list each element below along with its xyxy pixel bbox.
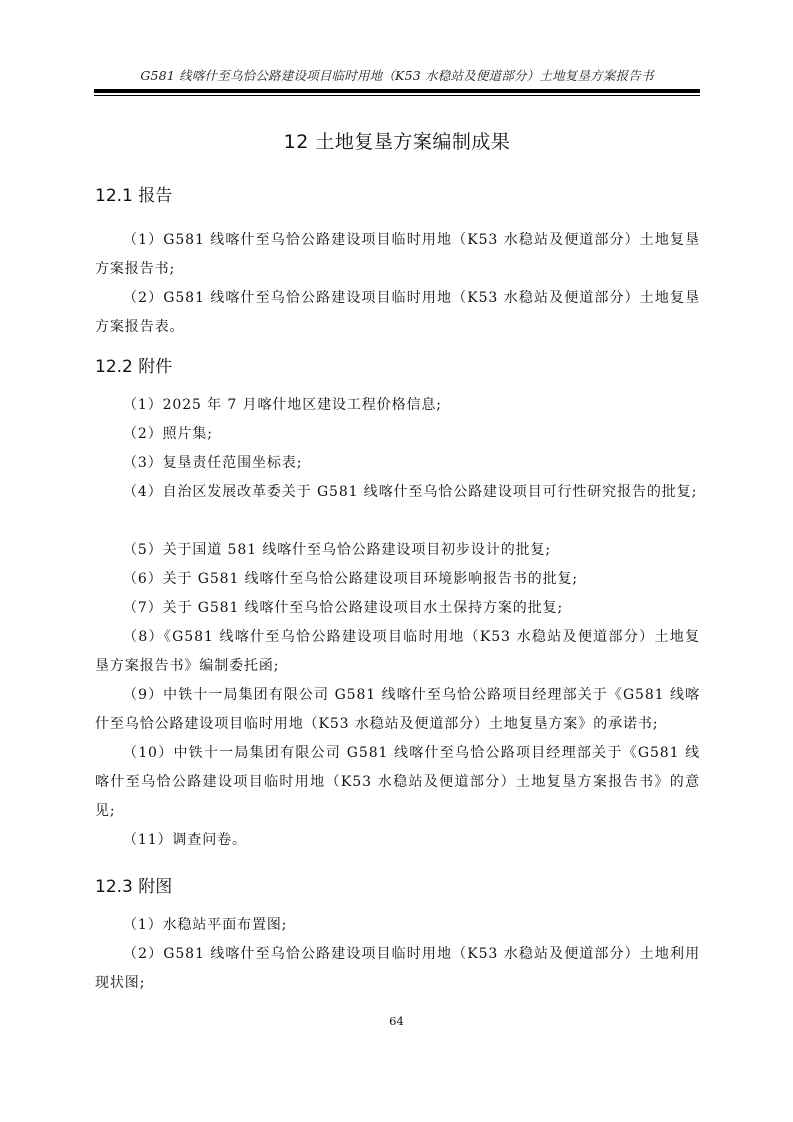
list-item: （1）水稳站平面布置图;	[95, 911, 700, 940]
chapter-title: 12 土地复垦方案编制成果	[94, 127, 700, 154]
section-title-12-2: 12.2 附件	[95, 352, 172, 377]
list-item: （9）中铁十一局集团有限公司 G581 线喀什至乌恰公路项目经理部关于《G581…	[95, 681, 700, 739]
list-item: （2）G581 线喀什至乌恰公路建设项目临时用地（K53 水稳站及便道部分）土地…	[95, 940, 700, 998]
section-title-12-3: 12.3 附图	[95, 872, 172, 897]
document-page: G581 线喀什至乌恰公路建设项目临时用地（K53 水稳站及便道部分）土地复垦方…	[0, 0, 793, 1122]
list-item: （2）照片集;	[95, 420, 700, 449]
list-item: （11）调查问卷。	[95, 826, 700, 855]
list-item: （10）中铁十一局集团有限公司 G581 线喀什至乌恰公路项目经理部关于《G58…	[95, 739, 700, 826]
list-item: （1）G581 线喀什至乌恰公路建设项目临时用地（K53 水稳站及便道部分）土地…	[95, 226, 700, 284]
list-item: （5）关于国道 581 线喀什至乌恰公路建设项目初步设计的批复;	[95, 536, 700, 565]
list-item: （2）G581 线喀什至乌恰公路建设项目临时用地（K53 水稳站及便道部分）土地…	[95, 284, 700, 342]
list-item: （7）关于 G581 线喀什至乌恰公路建设项目水土保持方案的批复;	[95, 594, 700, 623]
header-rule-thick	[94, 89, 700, 93]
list-item: （6）关于 G581 线喀什至乌恰公路建设项目环境影响报告书的批复;	[95, 565, 700, 594]
header-rule-thin	[94, 95, 700, 96]
running-header: G581 线喀什至乌恰公路建设项目临时用地（K53 水稳站及便道部分）土地复垦方…	[94, 66, 700, 84]
list-item: （8）《G581 线喀什至乌恰公路建设项目临时用地（K53 水稳站及便道部分）土…	[95, 623, 700, 681]
section-title-12-1: 12.1 报告	[95, 181, 172, 206]
list-item: （3）复垦责任范围坐标表;	[95, 449, 700, 478]
list-item: （4）自治区发展改革委关于 G581 线喀什至乌恰公路建设项目可行性研究报告的批…	[95, 478, 700, 507]
page-number: 64	[0, 1014, 793, 1028]
list-item: （1）2025 年 7 月喀什地区建设工程价格信息;	[95, 391, 700, 420]
